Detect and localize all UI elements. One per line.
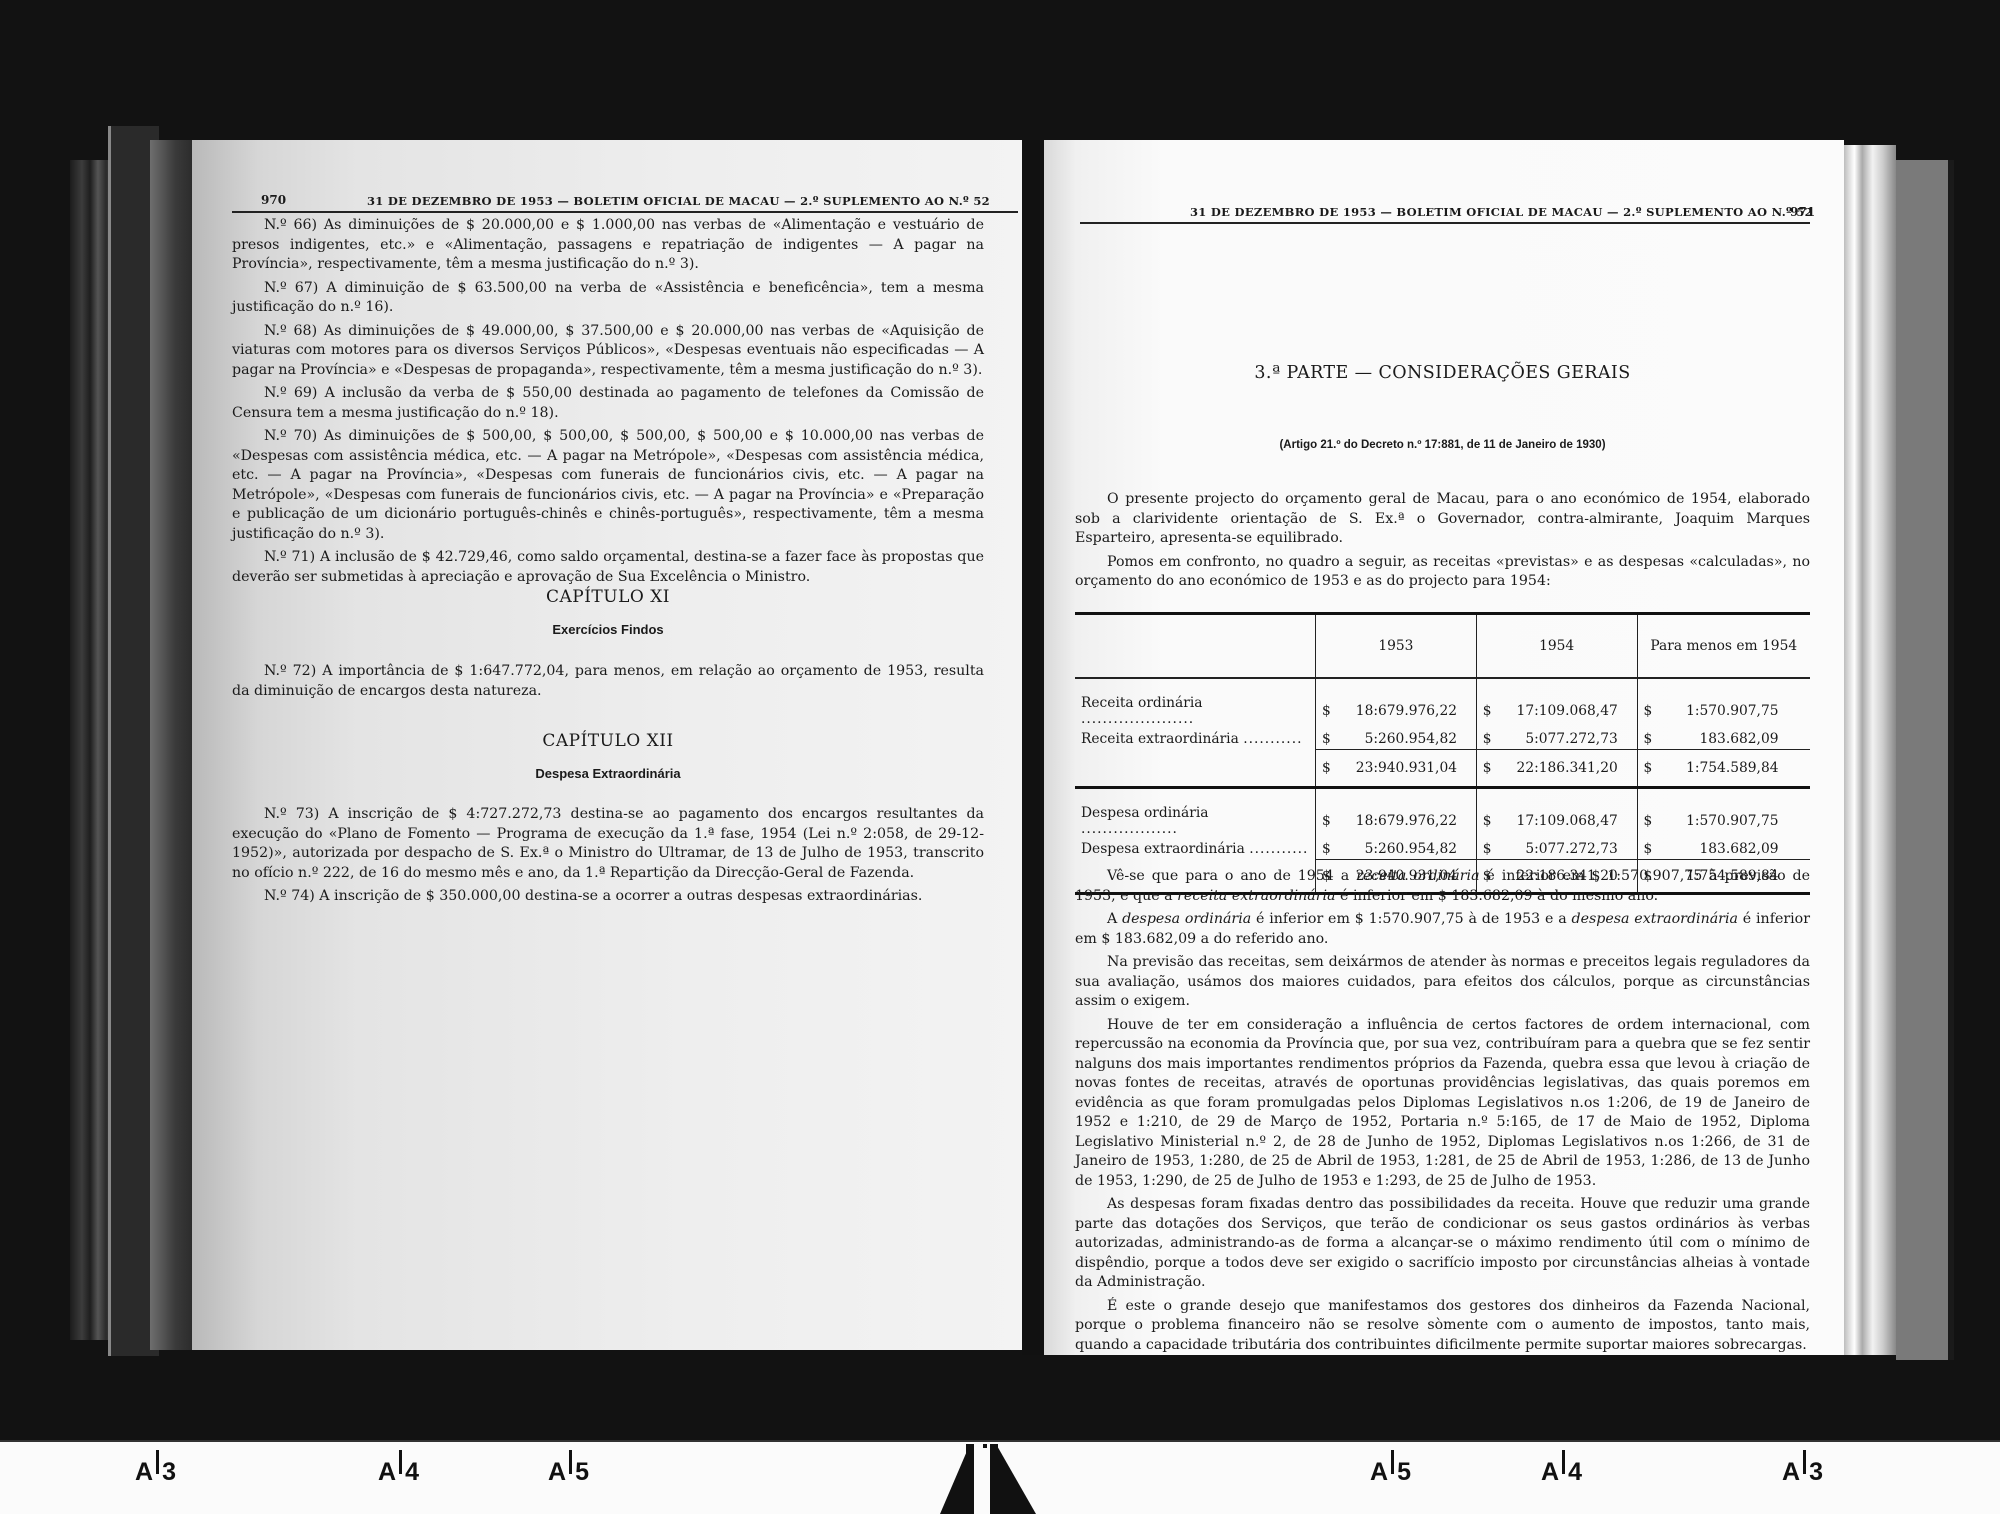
film-marker-a3-left: A3	[135, 1458, 176, 1487]
paragraph: Vê-se que para o ano de 1954 a receita o…	[1075, 867, 1810, 906]
table-row: Receita ordinária ..................... …	[1075, 693, 1810, 729]
chapter-xii-body: N.º 73) A inscrição de $ 4:727.272,73 de…	[232, 805, 984, 911]
row-label: Despesa extraordinária	[1081, 841, 1245, 857]
paragraph: É este o grande desejo que manifestamos …	[1075, 1297, 1810, 1356]
legal-citation: (Artigo 21.º do Decreto n.º 17:881, de 1…	[1075, 439, 1810, 451]
paragraph: N.º 73) A inscrição de $ 4:727.272,73 de…	[232, 805, 984, 883]
paragraph: N.º 72) A importância de $ 1:647.772,04,…	[232, 662, 984, 701]
center-dot	[983, 1444, 987, 1448]
table-header-1953: 1953	[1316, 614, 1477, 679]
left-header-rule	[232, 211, 1018, 213]
table-row: Receita extraordinária ........... $5:26…	[1075, 729, 1810, 750]
paragraph: N.º 67) A diminuição de $ 63.500,00 na v…	[232, 279, 984, 318]
left-page-number: 970	[261, 193, 286, 207]
film-marker-a4-left: A4	[378, 1458, 419, 1487]
part-title: 3.ª PARTE — CONSIDERAÇÕES GERAIS	[1075, 363, 1810, 383]
chapter-xi-title: CAPÍTULO XI	[232, 587, 984, 607]
row-label: Receita extraordinária	[1081, 731, 1239, 747]
paragraph: Houve de ter em consideração a influênci…	[1075, 1016, 1810, 1192]
center-bar-left	[966, 1444, 974, 1514]
paragraph: N.º 68) As diminuições de $ 49.000,00, $…	[232, 322, 984, 381]
paragraph: N.º 74) A inscrição de $ 350.000,00 dest…	[232, 887, 984, 907]
book-gutter	[1022, 140, 1044, 1355]
row-label: Receita ordinária	[1081, 695, 1203, 711]
table-header-1954: 1954	[1476, 614, 1637, 679]
chapter-xii-title: CAPÍTULO XII	[232, 731, 984, 751]
right-running-head: 31 DE DEZEMBRO DE 1953 — BOLETIM OFICIAL…	[1190, 205, 1813, 219]
intro-text: O presente projecto do orçamento geral d…	[1075, 490, 1810, 596]
row-label: Despesa ordinária	[1081, 805, 1209, 821]
film-marker-a3-right: A3	[1782, 1458, 1823, 1487]
film-marker-a4-right: A4	[1541, 1458, 1582, 1487]
right-header-rule	[1080, 222, 1810, 224]
budget-comparison-table: 1953 1954 Para menos em 1954 Receita ord…	[1075, 612, 1810, 895]
film-marker-a5-left: A5	[548, 1458, 589, 1487]
paragraph: N.º 71) A inclusão de $ 42.729,46, como …	[232, 548, 984, 587]
table-total-row: $23:940.931,04 $22:186.341,20 $1:754.589…	[1075, 750, 1810, 788]
paragraph: Na previsão das receitas, sem deixármos …	[1075, 953, 1810, 1012]
paragraph: Pomos em confronto, no quadro a seguir, …	[1075, 553, 1810, 592]
chapter-xii-subtitle: Despesa Extraordinária	[232, 766, 984, 781]
page-stack-left	[150, 140, 192, 1350]
paragraph: A despesa ordinária é inferior em $ 1:57…	[1075, 910, 1810, 949]
paragraph: As despesas foram fixadas dentro das pos…	[1075, 1195, 1810, 1293]
chapter-xi-subtitle: Exercícios Findos	[232, 622, 984, 637]
paragraph: O presente projecto do orçamento geral d…	[1075, 490, 1810, 549]
left-running-head: 31 DE DEZEMBRO DE 1953 — BOLETIM OFICIAL…	[367, 194, 990, 208]
book-cover-right	[1896, 160, 1954, 1360]
table-header-difference: Para menos em 1954	[1637, 614, 1810, 679]
closing-text: Vê-se que para o ano de 1954 a receita o…	[1075, 867, 1810, 1359]
page-stack-right	[1844, 145, 1896, 1355]
paragraph: N.º 66) As diminuições de $ 20.000,00 e …	[232, 216, 984, 275]
table-row: Despesa extraordinária ........... $5:26…	[1075, 839, 1810, 860]
table-header-empty	[1075, 614, 1316, 679]
chapter-xi-body: N.º 72) A importância de $ 1:647.772,04,…	[232, 662, 984, 705]
film-marker-a5-right: A5	[1370, 1458, 1411, 1487]
right-page-number: 971	[1790, 205, 1815, 219]
triangle-marker-right	[996, 1444, 1036, 1514]
table-row: Despesa ordinária .................. $18…	[1075, 803, 1810, 839]
paragraph: N.º 69) A inclusão da verba de $ 550,00 …	[232, 384, 984, 423]
paragraph: N.º 70) As diminuições de $ 500,00, $ 50…	[232, 427, 984, 544]
left-items-66-71: N.º 66) As diminuições de $ 20.000,00 e …	[232, 216, 984, 591]
